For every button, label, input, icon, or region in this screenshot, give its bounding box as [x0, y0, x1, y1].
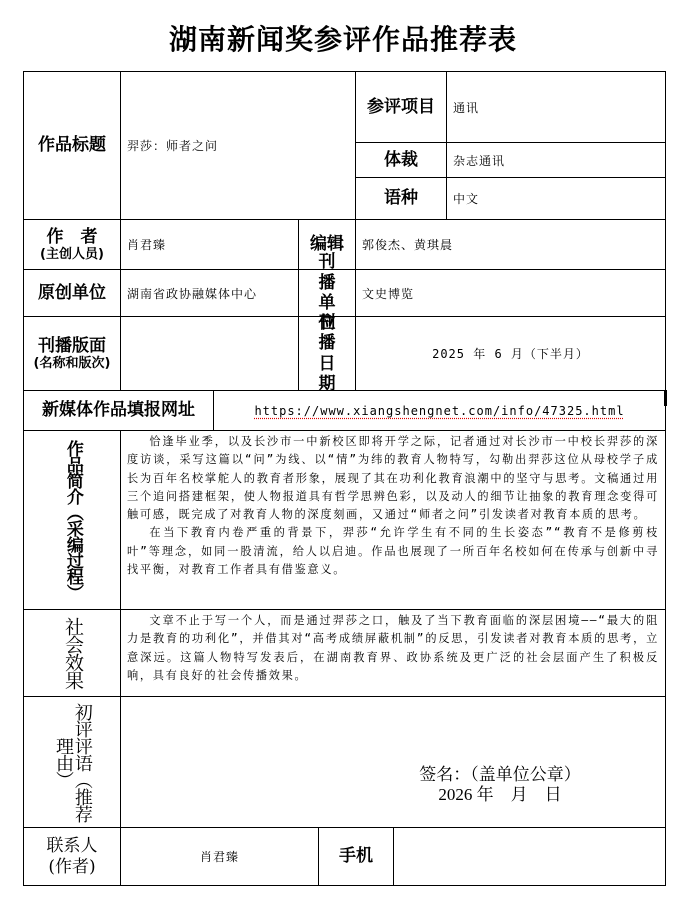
intro-text-cell[interactable]: 恰逢毕业季，以及长沙市一中新校区即将开学之际，记者通过对长沙市一中校长羿莎的深度… — [120, 430, 666, 610]
title-label: 作品标题 — [38, 135, 106, 155]
editor-value-cell[interactable]: 郭俊杰、黄琪晨 — [355, 219, 666, 270]
phone-value-cell[interactable] — [393, 827, 666, 886]
origin-unit-label: 原创单位 — [38, 283, 106, 303]
intro-label-cell: 作品简介（采编过程） — [23, 430, 121, 610]
recommend-label: 初评评语（推荐理由） — [53, 697, 91, 827]
title-value-cell[interactable]: 羿莎：师者之问 — [120, 71, 356, 220]
publish-unit-value: 文史博览 — [362, 285, 414, 302]
publish-unit-value-cell[interactable]: 文史博览 — [355, 269, 666, 317]
genre-label-cell: 体裁 — [355, 142, 447, 178]
newmedia-url-link[interactable]: https://www.xiangshengnet.com/info/47325… — [254, 404, 624, 418]
editor-value: 郭俊杰、黄琪晨 — [362, 236, 453, 253]
phone-label: 手机 — [339, 846, 373, 866]
contact-label: 联系人 — [47, 836, 98, 856]
phone-label-cell: 手机 — [318, 827, 394, 886]
author-label: 作 者 — [47, 227, 98, 247]
author-value: 肖君臻 — [127, 236, 166, 253]
intro-paragraph-2: 在当下教育内卷严重的背景下，羿莎“允许学生有不同的生长姿态”“教育不是修剪枝叶”… — [127, 524, 659, 579]
publish-date-value: 2025 年 6 月（下半月） — [432, 345, 589, 362]
origin-unit-label-cell: 原创单位 — [23, 269, 121, 317]
publish-page-sublabel: (名称和版次) — [34, 356, 111, 372]
author-label-cell: 作 者 (主创人员) — [23, 219, 121, 270]
entry-category-value-cell[interactable]: 通讯 — [446, 71, 666, 143]
publish-date-label: 刊播日期 — [311, 313, 343, 395]
publish-page-label-cell: 刊播版面 (名称和版次) — [23, 316, 121, 391]
social-effect-label-cell: 社会效果 — [23, 609, 121, 697]
publish-page-value-cell[interactable] — [120, 316, 299, 391]
intro-label: 作品简介（采编过程） — [63, 440, 81, 600]
contact-value-cell[interactable]: 肖君臻 — [120, 827, 319, 886]
language-value: 中文 — [453, 190, 479, 207]
intro-paragraph-1: 恰逢毕业季，以及长沙市一中新校区即将开学之际，记者通过对长沙市一中校长羿莎的深度… — [127, 433, 659, 524]
social-effect-text: 文章不止于写一个人，而是通过羿莎之口，触及了当下教育面临的深层困境——“最大的阻… — [127, 612, 659, 685]
genre-value-cell[interactable]: 杂志通讯 — [446, 142, 666, 178]
newmedia-url-label: 新媒体作品填报网址 — [42, 400, 195, 420]
publish-date-value-cell[interactable]: 2025 年 6 月（下半月） — [355, 316, 666, 391]
entry-category-label: 参评项目 — [367, 97, 435, 117]
author-value-cell[interactable]: 肖君臻 — [120, 219, 299, 270]
language-value-cell[interactable]: 中文 — [446, 177, 666, 220]
social-effect-label: 社会效果 — [62, 617, 82, 689]
publish-page-label: 刊播版面 — [38, 336, 106, 356]
genre-value: 杂志通讯 — [453, 152, 505, 169]
newmedia-url-label-cell: 新媒体作品填报网址 — [23, 390, 214, 431]
contact-value: 肖君臻 — [200, 848, 239, 865]
origin-unit-value: 湖南省政协融媒体中心 — [127, 285, 257, 302]
document-title: 湖南新闻奖参评作品推荐表 — [0, 18, 686, 58]
title-label-cell: 作品标题 — [23, 71, 121, 220]
newmedia-url-value-cell[interactable]: https://www.xiangshengnet.com/info/47325… — [213, 390, 666, 431]
social-effect-text-cell[interactable]: 文章不止于写一个人，而是通过羿莎之口，触及了当下教育面临的深层困境——“最大的阻… — [120, 609, 666, 697]
text-cursor-mark — [664, 390, 667, 406]
entry-category-label-cell: 参评项目 — [355, 71, 447, 143]
publish-date-label-cell: 刊播日期 — [298, 316, 356, 391]
recommend-label-cell: 初评评语（推荐理由） — [23, 696, 121, 828]
author-sublabel: (主创人员) — [40, 247, 104, 263]
entry-category-value: 通讯 — [453, 99, 479, 116]
publish-unit-label-cell: 刊播单位 — [298, 269, 356, 317]
sign-date-line: 2026 年 月 日 — [415, 780, 585, 805]
origin-unit-value-cell[interactable]: 湖南省政协融媒体中心 — [120, 269, 299, 317]
language-label: 语种 — [384, 188, 418, 208]
language-label-cell: 语种 — [355, 177, 447, 220]
contact-sublabel: (作者) — [48, 857, 95, 877]
title-value: 羿莎：师者之问 — [127, 137, 218, 154]
contact-label-cell: 联系人 (作者) — [23, 827, 121, 886]
genre-label: 体裁 — [384, 150, 418, 170]
